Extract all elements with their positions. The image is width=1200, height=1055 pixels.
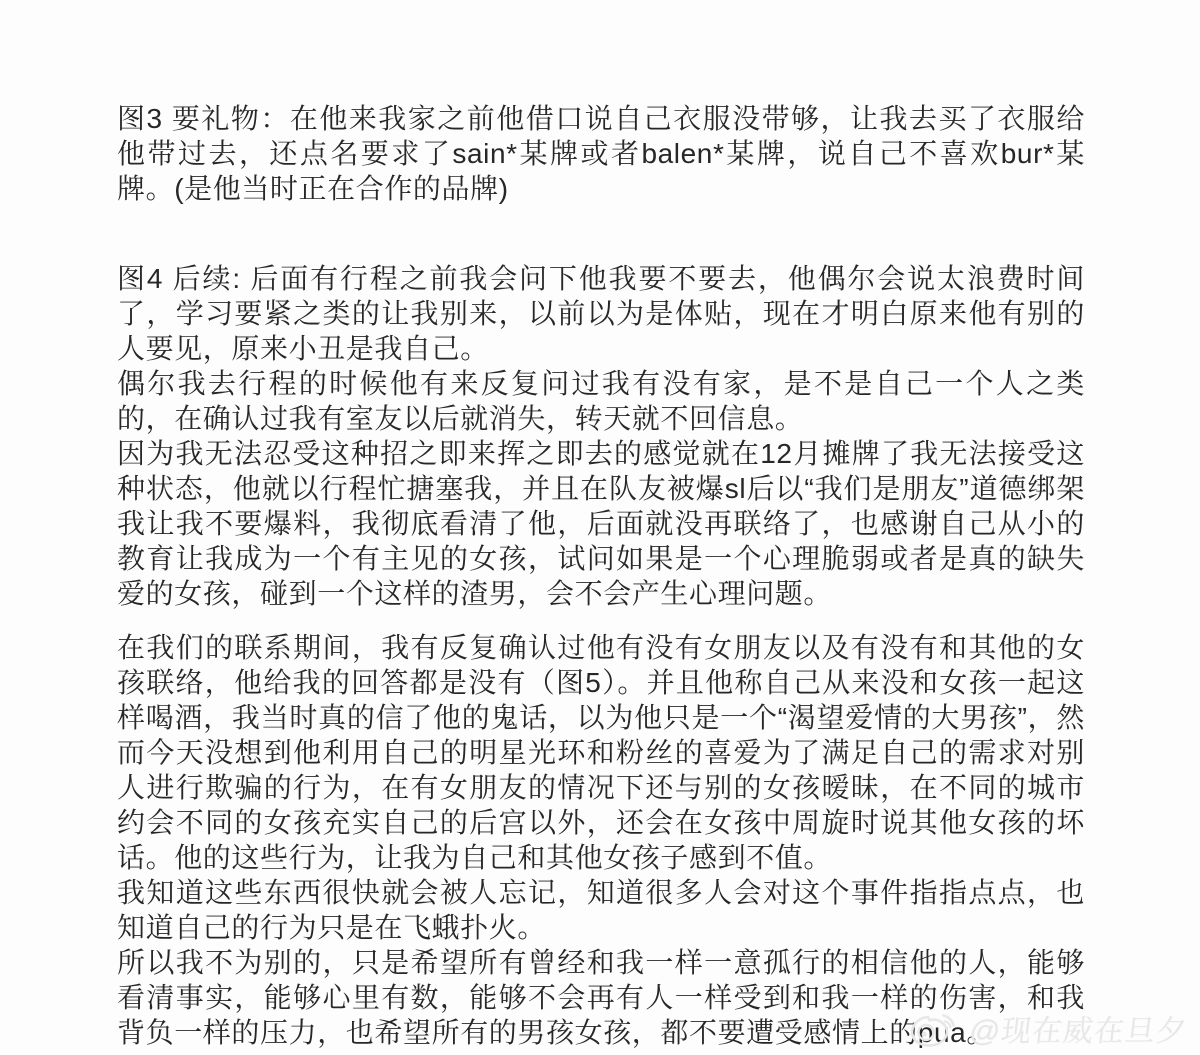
post-paragraph: 偶尔我去行程的时候他有来反复问过我有没有家，是不是自己一个人之类的，在确认过我有… — [117, 366, 1085, 436]
post-paragraph: 因为我无法忍受这种招之即来挥之即去的感觉就在12月摊牌了我无法接受这种状态，他就… — [117, 436, 1085, 611]
paragraph-group-gift: 图3 要礼物：在他来我家之前他借口说自己衣服没带够，让我去买了衣服给他带过去，还… — [117, 101, 1085, 206]
watermark: @现在威在旦夕 — [907, 1006, 1187, 1050]
paragraph-group-followup: 图4 后续: 后面有行程之前我会问下他我要不要去，他偶尔会说太浪费时间了，学习要… — [117, 261, 1085, 611]
post-paragraph: 我知道这些东西很快就会被人忘记，知道很多人会对这个事件指指点点，也知道自己的行为… — [117, 875, 1085, 945]
paragraph-group-summary: 在我们的联系期间，我有反复确认过他有没有女朋友以及有没有和其他的女孩联络，他给我… — [117, 630, 1085, 1050]
weibo-logo-icon — [907, 1006, 965, 1050]
post-paragraph: 图4 后续: 后面有行程之前我会问下他我要不要去，他偶尔会说太浪费时间了，学习要… — [117, 261, 1085, 366]
post-paragraph: 图3 要礼物：在他来我家之前他借口说自己衣服没带够，让我去买了衣服给他带过去，还… — [117, 101, 1085, 206]
screenshot-page: 图3 要礼物：在他来我家之前他借口说自己衣服没带够，让我去买了衣服给他带过去，还… — [0, 0, 1200, 1055]
watermark-handle: @现在威在旦夕 — [967, 1006, 1190, 1050]
post-paragraph: 在我们的联系期间，我有反复确认过他有没有女朋友以及有没有和其他的女孩联络，他给我… — [117, 630, 1085, 875]
post-text-body: 图3 要礼物：在他来我家之前他借口说自己衣服没带够，让我去买了衣服给他带过去，还… — [117, 101, 1085, 1050]
